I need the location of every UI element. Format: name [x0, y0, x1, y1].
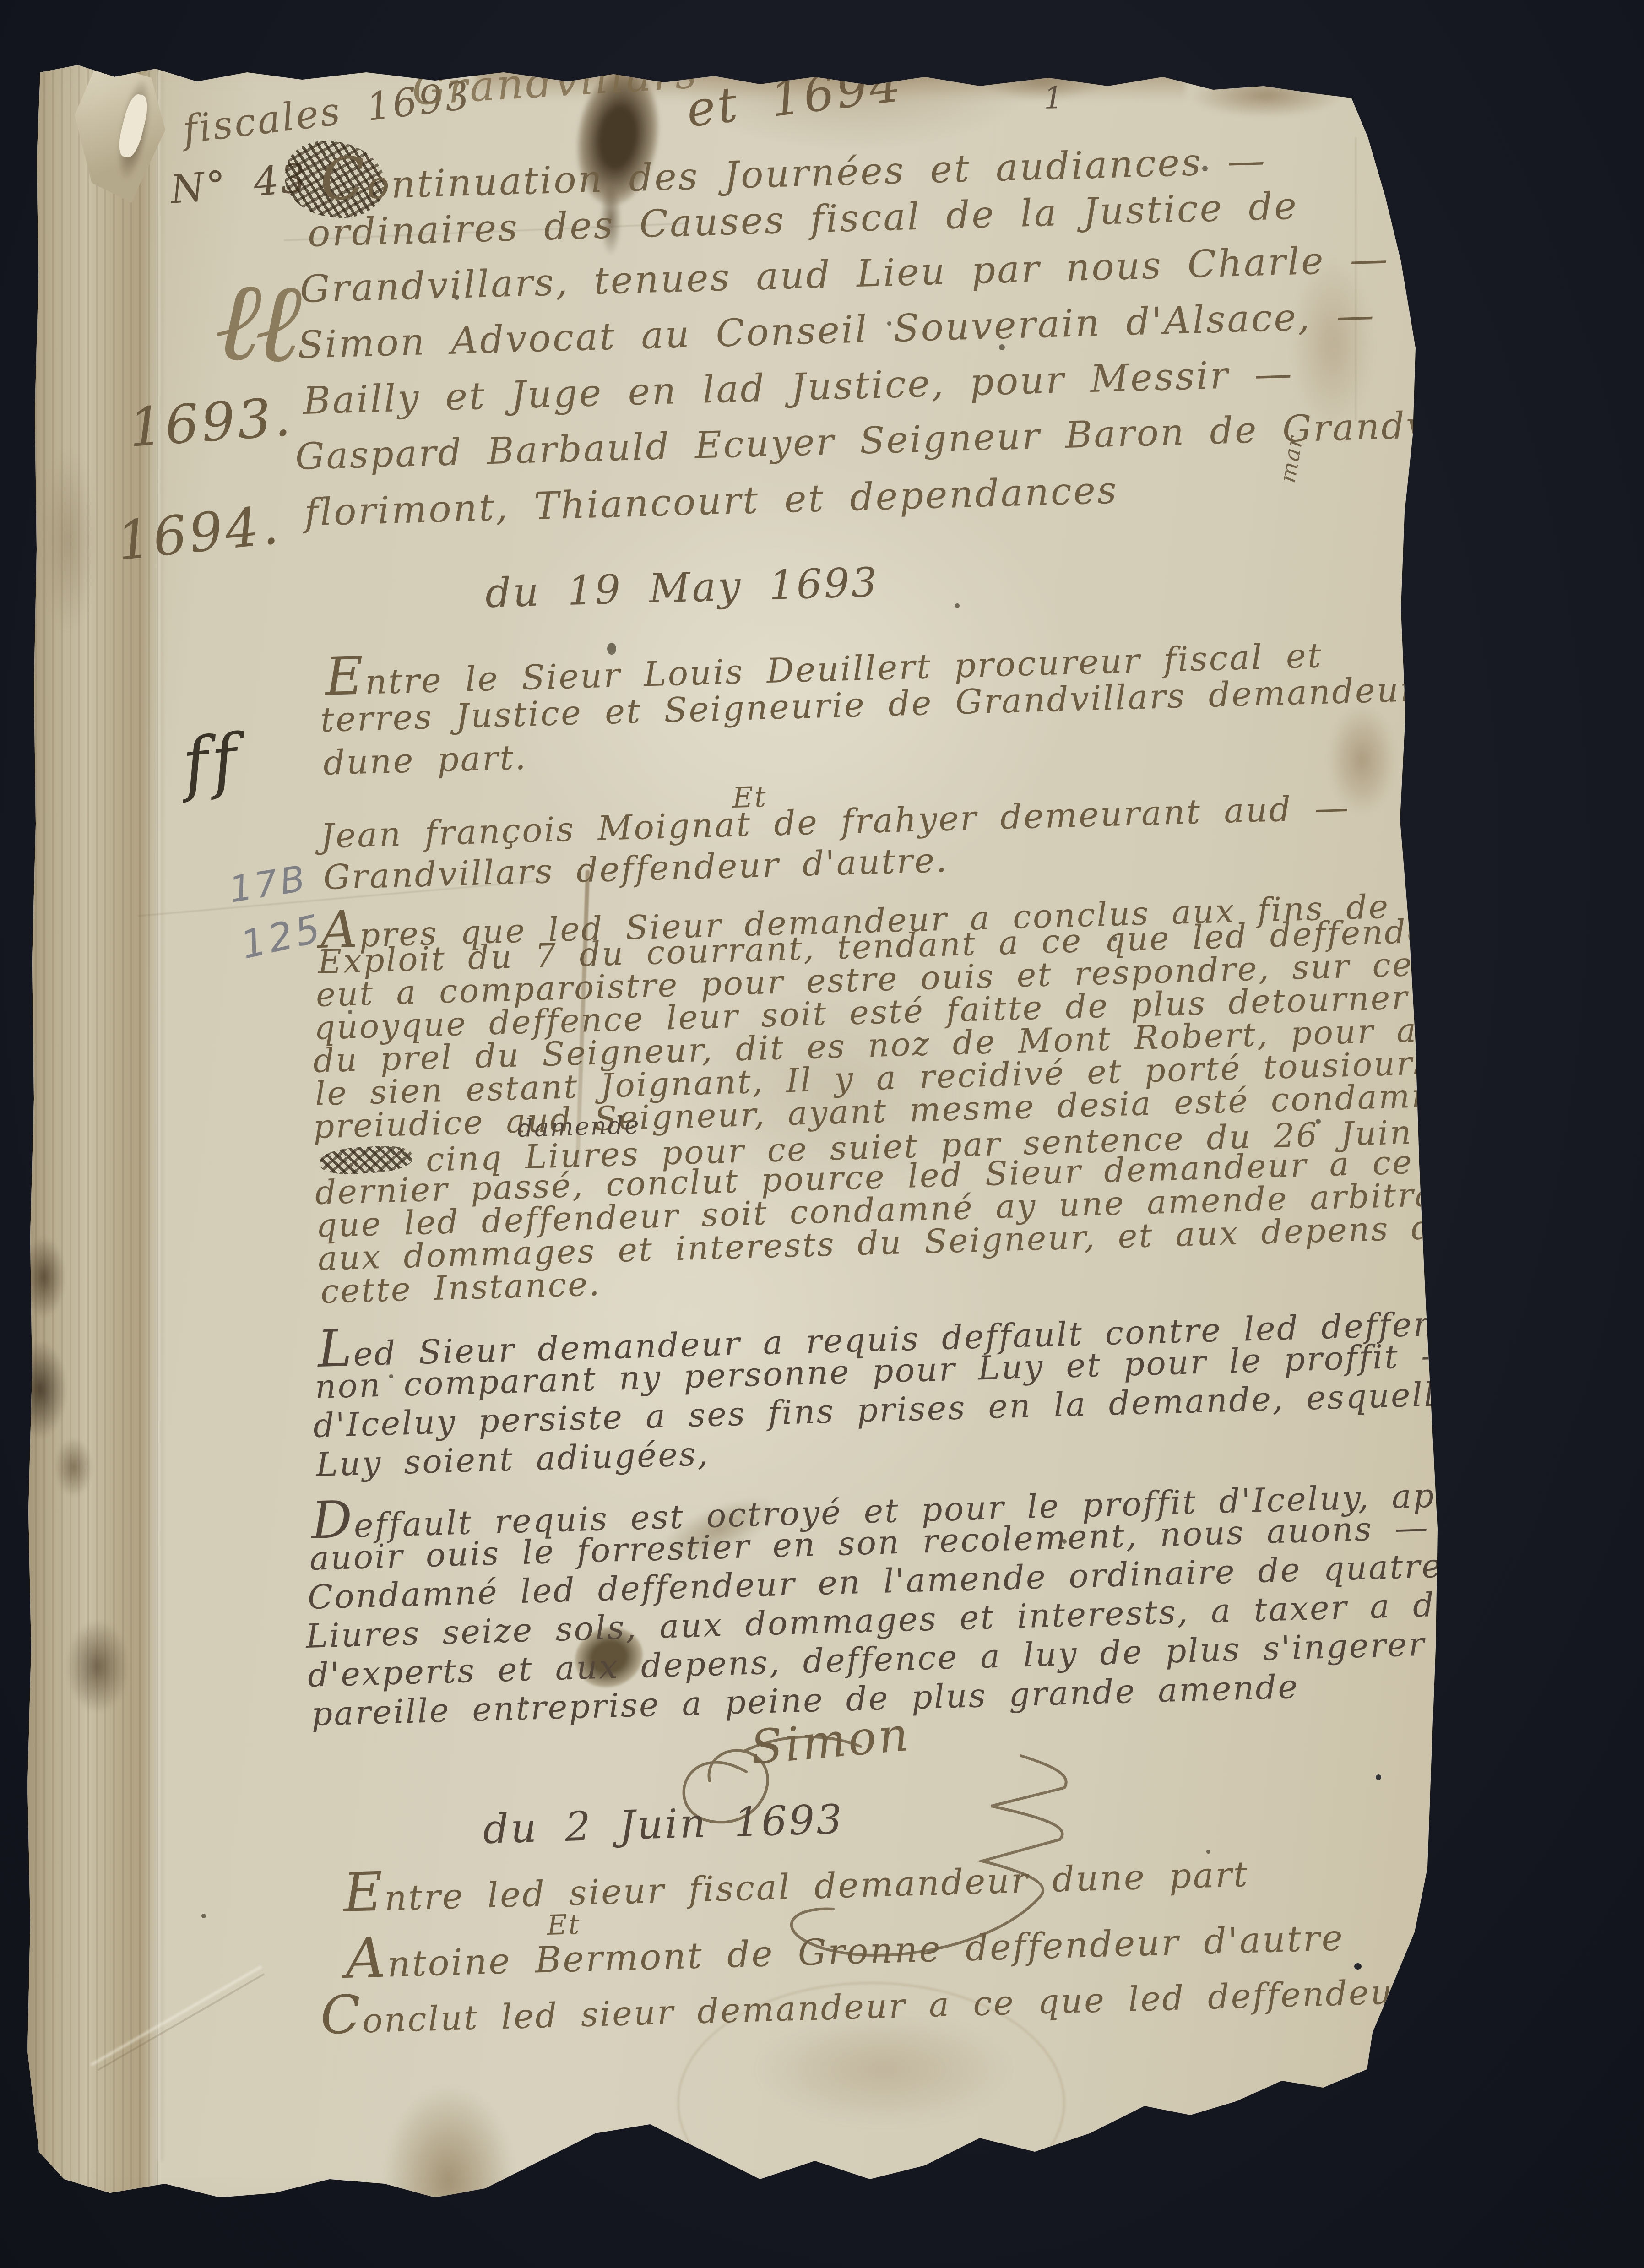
manuscript-page: fiscales 1693 N° 43 Grandvillars et 1694…	[0, 0, 1644, 2268]
entry-date: du 19 May 1693	[485, 562, 879, 613]
body-line: Luy soient adiugées,	[315, 1437, 710, 1481]
margin-flourish: ℓℓ	[213, 266, 298, 378]
entry-date: du 2 Juin 1693	[483, 1799, 844, 1850]
body-line: dune part.	[323, 741, 528, 780]
margin-year: 1694.	[114, 499, 283, 569]
margin-year: 1693.	[127, 391, 294, 455]
photo-background: fiscales 1693 N° 43 Grandvillars et 1694…	[0, 0, 1644, 2268]
page-number: 1	[1043, 83, 1065, 114]
margin-mark: ff	[179, 725, 244, 799]
signature: Simon	[749, 1711, 912, 1772]
body-line: cette Instance.	[320, 1267, 601, 1308]
